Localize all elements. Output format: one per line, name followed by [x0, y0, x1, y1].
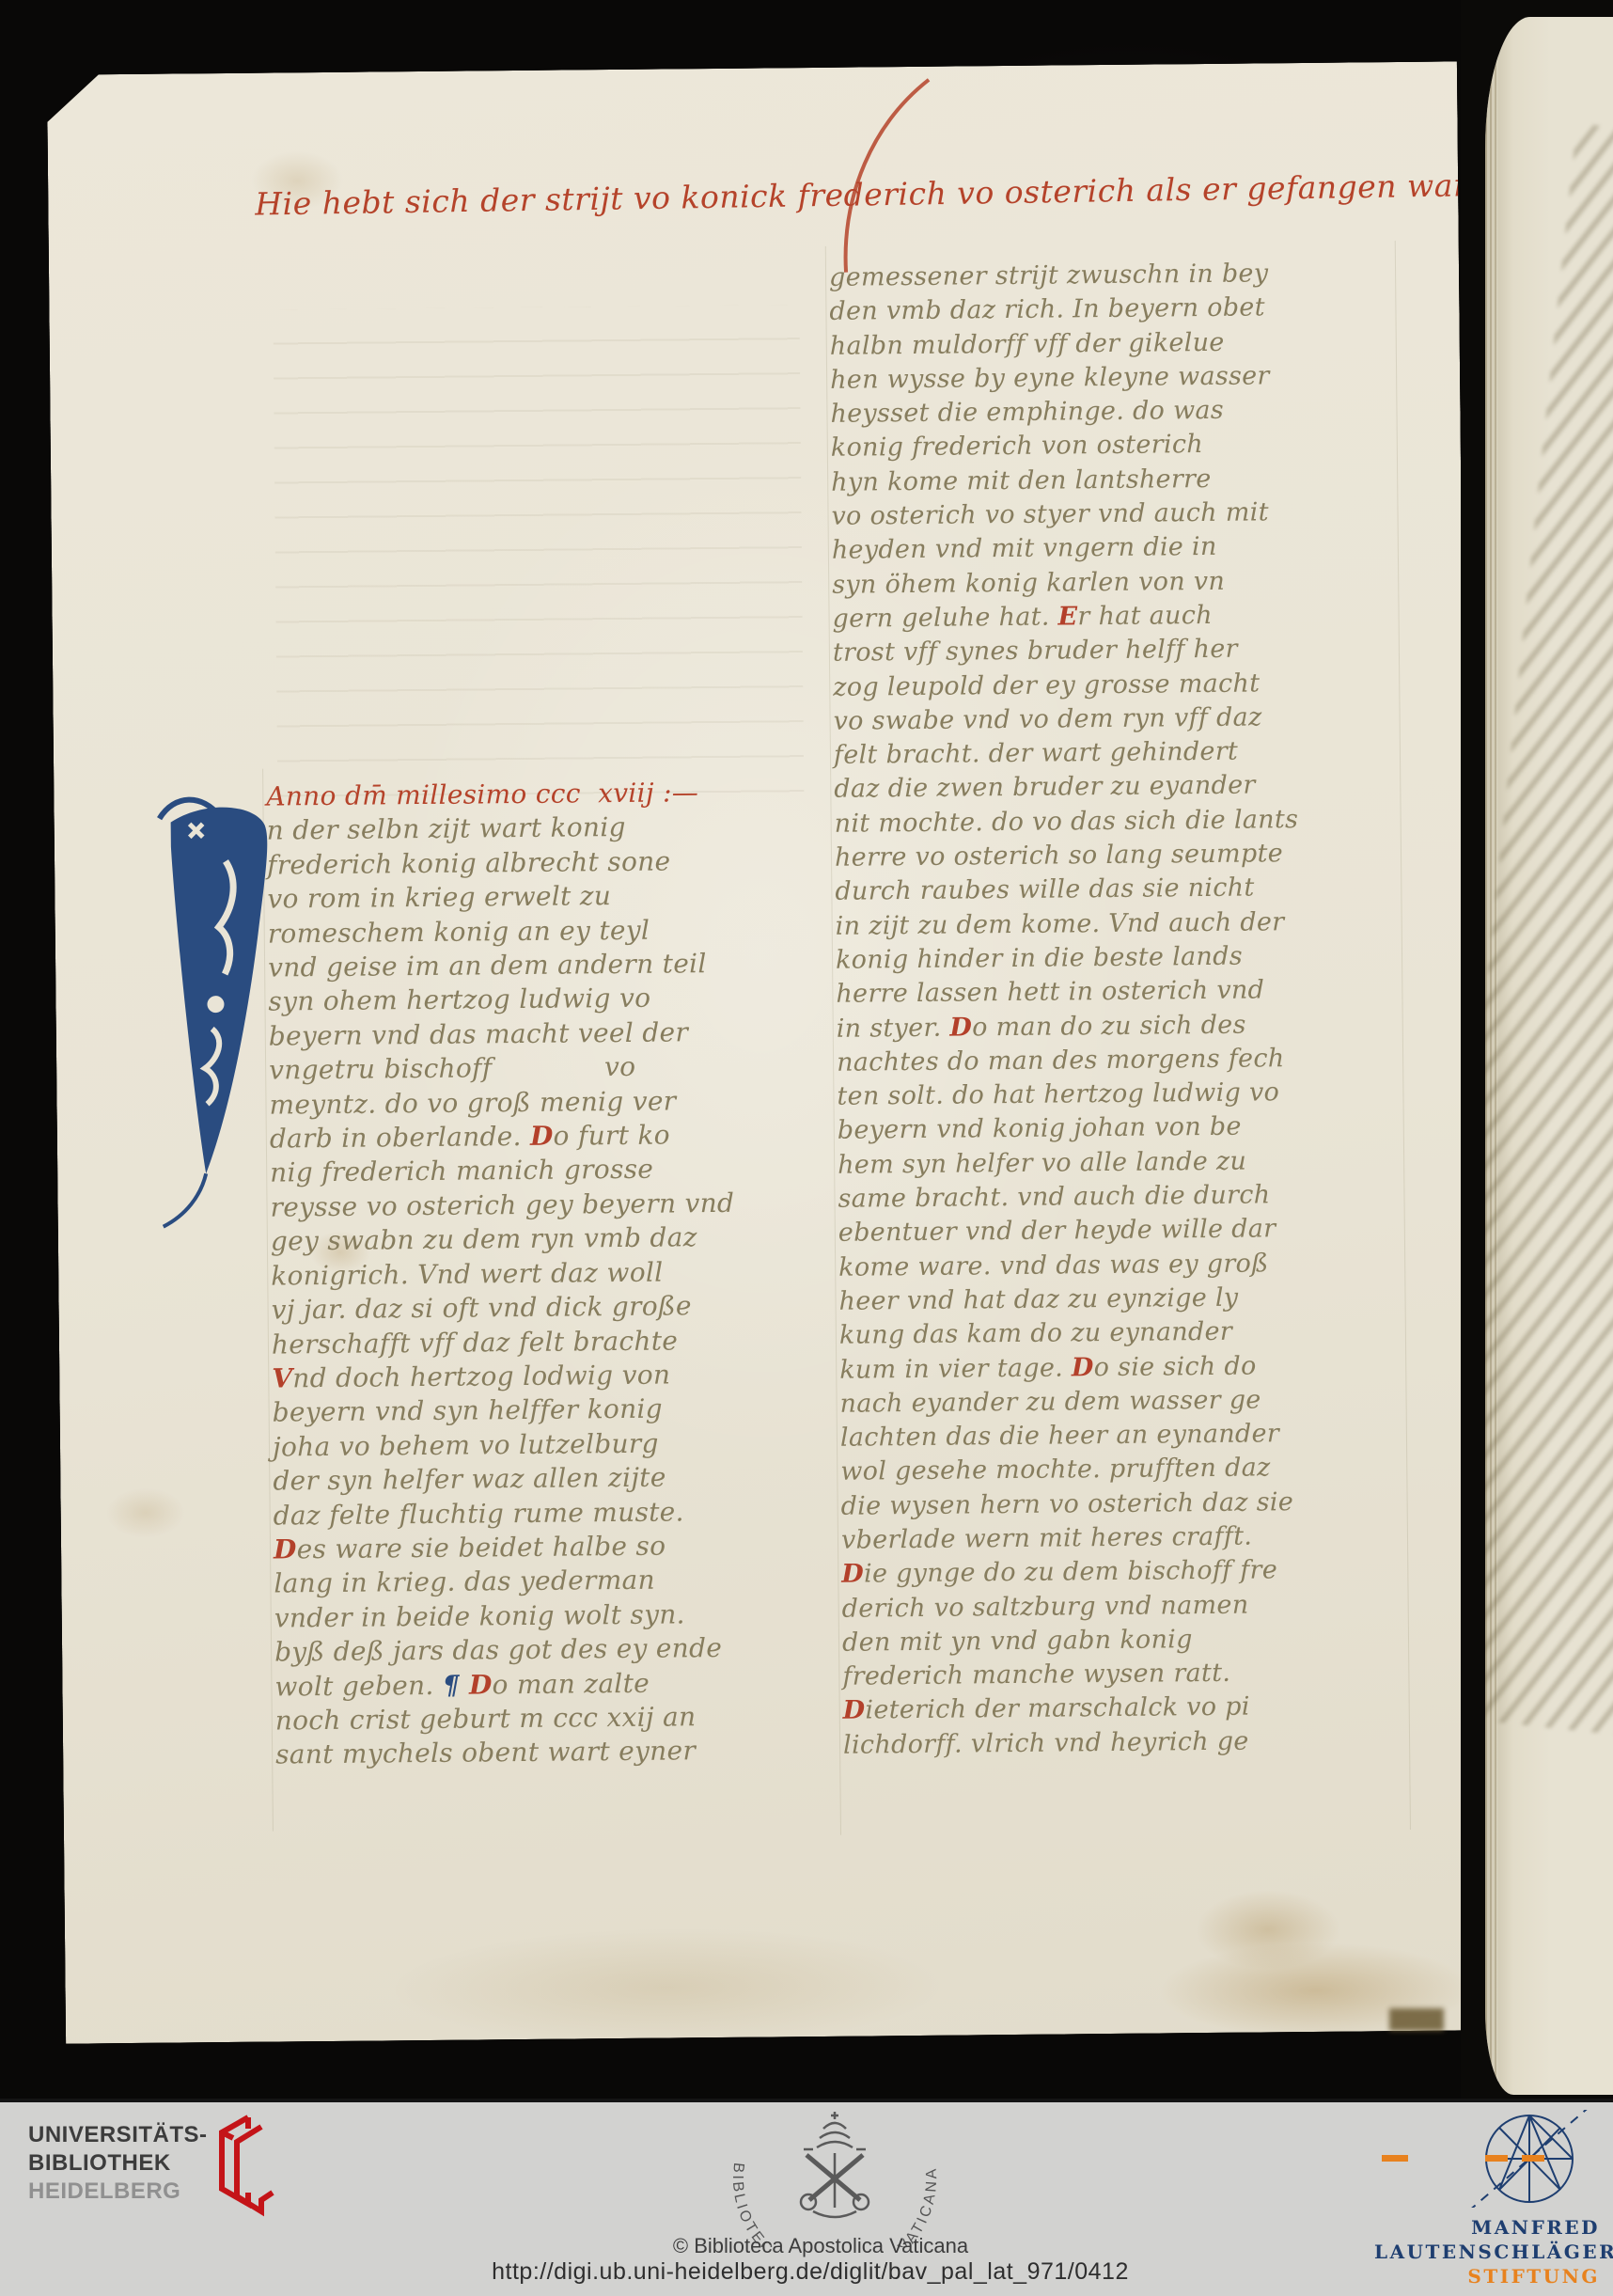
manuscript-line: konig hinder in die beste lands — [836, 938, 1400, 978]
ub-book-icon — [196, 2110, 274, 2223]
manuscript-line: den mit yn vnd gabn konig — [842, 1621, 1406, 1660]
manuscript-line: den vmb daz rich. In beyern obet — [829, 290, 1393, 329]
manuscript-line: derich vo saltzburg vnd namen — [842, 1587, 1406, 1627]
manuscript-page: Hie hebt sich der strijt vo konick frede… — [47, 61, 1476, 2043]
manuscript-line: heer vnd hat daz zu eynzige ly — [838, 1280, 1402, 1319]
manuscript-line: gey swabn zu dem ryn vmb daz — [271, 1219, 821, 1259]
manuscript-line: die wysen hern vo osterich daz sie — [840, 1485, 1404, 1524]
manuscript-line: konigrich. Vnd wert daz woll — [271, 1254, 821, 1294]
manuscript-line: wolt geben. ¶ Do man zalte — [274, 1664, 824, 1704]
lautenschlaeger-wordmark: MANFRED LAUTENSCHLÄGER STIFTUNG — [1374, 2215, 1600, 2288]
manuscript-line: same bracht. vnd auch die durch — [838, 1177, 1402, 1217]
ml-line3: STIFTUNG — [1374, 2264, 1600, 2288]
manuscript-line: kome ware. vnd das was ey groß — [838, 1246, 1402, 1285]
book-fore-edge — [1461, 0, 1613, 2102]
manuscript-line: heyden vnd mit vngern die in — [832, 528, 1396, 568]
manuscript-line: Dieterich der marschalck vo pi — [843, 1689, 1407, 1728]
manuscript-line: syn ohem hertzog ludwig vo — [268, 980, 818, 1019]
manuscript-line: sant mychels obent wart eyner — [275, 1733, 825, 1772]
manuscript-line: durch raubes wille das sie nicht — [835, 870, 1399, 909]
manuscript-line: heysset die emphinge. do was — [830, 392, 1394, 432]
vatican-copyright: © Biblioteca Apostolica Vaticana — [673, 2234, 968, 2258]
manuscript-line: vo swabe vnd vo dem ryn vff daz — [833, 700, 1397, 739]
manuscript-line: ebentuer vnd der heyde wille dar — [838, 1211, 1402, 1250]
manuscript-line: konig frederich von osterich — [831, 427, 1395, 466]
manuscript-line: beyern vnd syn helffer konig — [272, 1391, 822, 1430]
manuscript-line: Die gynge do zu dem bischoff fre — [841, 1552, 1405, 1592]
manuscript-line: nit mochte. do vo das sich die lants — [835, 802, 1399, 841]
manuscript-line: kung das kam do zu eynander — [839, 1313, 1403, 1353]
manuscript-line: vberlade wern mit heres crafft. — [841, 1518, 1405, 1558]
manuscript-line: wol gesehe mochte. prufften daz — [840, 1450, 1404, 1489]
ml-line2: LAUTENSCHLÄGER — [1374, 2240, 1600, 2264]
ub-heidelberg-logo: UNIVERSITÄTS- BIBLIOTHEK HEIDELBERG — [28, 2121, 208, 2206]
manuscript-right-column: gemessener strijt zwuschn in beyden vmb … — [829, 256, 1407, 1763]
bleed-through-text — [1485, 123, 1613, 1735]
manuscript-photo: Hie hebt sich der strijt vo konick frede… — [0, 0, 1613, 2102]
manuscript-line: herre vo osterich so lang seumpte — [835, 836, 1399, 875]
manuscript-line: zog leupold der ey grosse macht — [833, 666, 1397, 705]
manuscript-line: nig frederich manich grosse — [270, 1151, 820, 1190]
manuscript-line: ten solt. do hat hertzog ludwig vo — [837, 1075, 1401, 1114]
blank-ruled-area — [273, 305, 804, 826]
manuscript-line: romeschem konig an ey teyl — [268, 912, 818, 951]
manuscript-line: beyern vnd das macht veel der — [269, 1014, 819, 1054]
manuscript-line: daz die zwen bruder zu eyander — [834, 767, 1398, 807]
manuscript-line: meyntz. do vo groß menig ver — [269, 1083, 819, 1123]
manuscript-line: vnd geise im an dem andern teil — [268, 946, 818, 985]
screenshot: Hie hebt sich der strijt vo konick frede… — [0, 0, 1613, 2296]
manuscript-line: vo rom in krieg erwelt zu — [267, 877, 817, 917]
manuscript-line: lachten das die heer an eynander — [840, 1416, 1404, 1455]
lautenschlaeger-logo: MANFRED LAUTENSCHLÄGER STIFTUNG — [1374, 2110, 1600, 2288]
manuscript-line: Vnd doch hertzog lodwig von — [272, 1357, 822, 1396]
manuscript-line: vngetru bischoff vo — [269, 1048, 819, 1088]
manuscript-line: frederich konig albrecht sone — [267, 843, 817, 883]
manuscript-line: darb in oberlande. Do furt ko — [270, 1117, 820, 1156]
manuscript-line: n der selbn zijt wart konig — [267, 809, 817, 848]
manuscript-line: felt bracht. der wart gehindert — [834, 733, 1398, 773]
manuscript-line: herre lassen hett in osterich vnd — [836, 972, 1400, 1012]
manuscript-line: hyn kome mit den lantsherre — [831, 461, 1395, 500]
manuscript-line: beyern vnd konig johan von be — [838, 1109, 1402, 1148]
ub-logo-line3: HEIDELBERG — [28, 2178, 208, 2206]
manuscript-line: hen wysse by eyne kleyne wasser — [830, 358, 1394, 398]
manuscript-line: vnder in beide konig wolt syn. — [274, 1596, 824, 1636]
manuscript-left-column: Anno dm̄ millesimo ccc xviij :—n der sel… — [266, 775, 825, 1772]
manuscript-line: reysse vo osterich gey beyern vnd — [270, 1186, 820, 1225]
manuscript-line: vo osterich vo styer vnd auch mit — [831, 495, 1395, 534]
facing-page-edge — [1485, 17, 1613, 2095]
digitization-url: http://digi.ub.uni-heidelberg.de/diglit/… — [492, 2258, 1129, 2286]
manuscript-line: gern geluhe hat. Er hat auch — [832, 597, 1396, 637]
manuscript-line: nachtes do man des morgens fech — [837, 1041, 1401, 1080]
manuscript-line: trost vff synes bruder helff her — [833, 631, 1397, 670]
manuscript-line: byß deß jars das got des ey ende — [274, 1630, 824, 1670]
ub-logo-line2: BIBLIOTHEK — [28, 2149, 208, 2178]
manuscript-line: hem syn helfer vo alle lande zu — [838, 1143, 1402, 1183]
viewer-footer: UNIVERSITÄTS- BIBLIOTHEK HEIDELBERG — [0, 2099, 1613, 2296]
manuscript-line: nach eyander zu dem wasser ge — [839, 1382, 1403, 1422]
manuscript-line: frederich manche wysen ratt. — [842, 1655, 1406, 1694]
binding-stitching — [1389, 2008, 1444, 2031]
manuscript-line: vj jar. daz si oft vnd dick große — [271, 1288, 821, 1328]
ub-logo-line1: UNIVERSITÄTS- — [28, 2121, 208, 2149]
lautenschlaeger-globe-icon — [1374, 2110, 1600, 2208]
manuscript-line: lichdorff. vlrich vnd heyrich ge — [843, 1723, 1407, 1763]
manuscript-line: herschafft vff daz felt brachte — [272, 1322, 822, 1361]
manuscript-line: kum in vier tage. Do sie sich do — [839, 1348, 1403, 1388]
manuscript-line: noch crist geburt m ccc xxij an — [275, 1699, 825, 1738]
manuscript-line: lang in krieg. das yederman — [274, 1562, 823, 1601]
manuscript-line: Anno dm̄ millesimo ccc xviij :— — [266, 775, 816, 814]
manuscript-line: halbn muldorff vff der gikelue — [830, 324, 1394, 364]
manuscript-line: in zijt zu dem kome. Vnd auch der — [836, 904, 1400, 944]
manuscript-line: gemessener strijt zwuschn in bey — [829, 256, 1393, 295]
vatican-seal: BIBLIOTECA APOSTOLICA VATICANA — [717, 2106, 952, 2247]
manuscript-line: syn öhem konig karlen von vn — [832, 563, 1396, 603]
manuscript-line: der syn helfer waz allen zijte — [273, 1459, 822, 1499]
ml-line1: MANFRED — [1374, 2215, 1600, 2240]
manuscript-line: joha vo behem vo lutzelburg — [273, 1425, 822, 1465]
manuscript-line: daz felte fluchtig rume muste. — [274, 1493, 823, 1533]
manuscript-line: Des ware sie beidet halbe so — [274, 1528, 823, 1567]
manuscript-line: in styer. Do man do zu sich des — [837, 1007, 1401, 1046]
